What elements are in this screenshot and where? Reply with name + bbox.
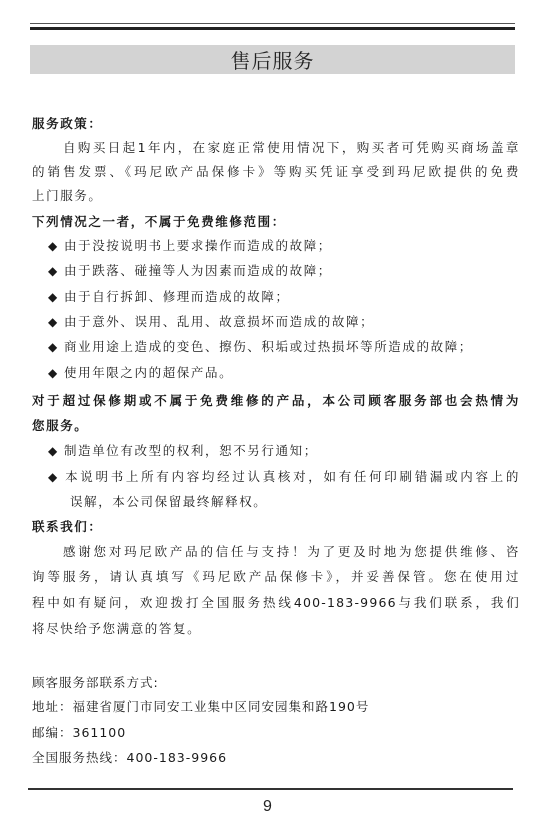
notice-item-text: 本说明书上所有内容均经过认真核对，如有任何印刷错漏或内容上的 bbox=[64, 469, 520, 484]
page-number: 9 bbox=[0, 798, 535, 816]
exclusion-item-text: 由于跌落、碰撞等人为因素而造成的故障； bbox=[64, 263, 332, 278]
policy-paragraph-line-2: 的销售发票、《玛尼欧产品保修卡》等购买凭证享受到玛尼欧提供的免费 bbox=[32, 164, 520, 180]
exclusion-item: ◆由于意外、误用、乱用、故意损坏而造成的故障； bbox=[48, 314, 535, 330]
exclusion-item: ◆由于跌落、碰撞等人为因素而造成的故障； bbox=[48, 263, 535, 279]
contact-paragraph-line-3: 程中如有疑问，欢迎拨打全国服务热线400-183-9966与我们联系，我们 bbox=[32, 595, 520, 611]
exclusion-item: ◆由于没按说明书上要求操作而造成的故障； bbox=[48, 238, 535, 254]
exclusion-item: ◆使用年限之内的超保产品。 bbox=[48, 365, 535, 381]
exclusion-item-text: 由于自行拆卸、修理而造成的故障； bbox=[64, 289, 290, 304]
policy-paragraph-line-3: 上门服务。 bbox=[32, 188, 520, 204]
diamond-bullet-icon: ◆ bbox=[48, 238, 64, 254]
exclusion-item-text: 使用年限之内的超保产品。 bbox=[64, 365, 233, 380]
diamond-bullet-icon: ◆ bbox=[48, 443, 64, 459]
contact-heading: 联系我们： bbox=[32, 519, 520, 535]
contact-paragraph-line-2: 询等服务，请认真填写《玛尼欧产品保修卡》，并妥善保管。您在使用过 bbox=[32, 569, 520, 585]
diamond-bullet-icon: ◆ bbox=[48, 339, 64, 355]
contact-postcode: 邮编：361100 bbox=[32, 725, 520, 741]
section-title-bar: 售后服务 bbox=[30, 45, 515, 74]
diamond-bullet-icon: ◆ bbox=[48, 469, 64, 485]
contact-paragraph-line-1: 感谢您对玛尼欧产品的信任与支持！为了更及时地为您提供维修、咨 bbox=[63, 544, 520, 560]
footer-rule bbox=[28, 788, 513, 790]
header-rule-thick bbox=[30, 27, 515, 30]
exclusions-heading: 下列情况之一者，不属于免费维修范围： bbox=[32, 214, 520, 230]
contact-paragraph-line-4: 将尽快给予您满意的答复。 bbox=[32, 621, 520, 637]
diamond-bullet-icon: ◆ bbox=[48, 289, 64, 305]
diamond-bullet-icon: ◆ bbox=[48, 314, 64, 330]
exclusion-item-text: 由于没按说明书上要求操作而造成的故障； bbox=[64, 238, 332, 253]
out-of-warranty-heading-line-2: 您服务。 bbox=[32, 418, 520, 434]
exclusion-item-text: 商业用途上造成的变色、擦伤、积垢或过热损坏等所造成的故障； bbox=[64, 339, 473, 354]
notice-item: ◆制造单位有改型的权利，恕不另行通知； bbox=[48, 443, 535, 459]
contact-hotline: 全国服务热线：400-183-9966 bbox=[32, 750, 520, 766]
diamond-bullet-icon: ◆ bbox=[48, 263, 64, 279]
header-rule-thin bbox=[30, 23, 515, 24]
contact-details-heading: 顾客服务部联系方式: bbox=[32, 675, 520, 691]
policy-paragraph-line-1: 自购买日起1年内，在家庭正常使用情况下，购买者可凭购买商场盖章 bbox=[63, 140, 520, 156]
contact-address: 地址：福建省厦门市同安工业集中区同安园集和路190号 bbox=[32, 699, 520, 715]
out-of-warranty-heading-line-1: 对于超过保修期或不属于免费维修的产品，本公司顾客服务部也会热情为 bbox=[32, 393, 520, 409]
diamond-bullet-icon: ◆ bbox=[48, 365, 64, 381]
policy-heading: 服务政策： bbox=[32, 116, 520, 132]
notice-item: ◆本说明书上所有内容均经过认真核对，如有任何印刷错漏或内容上的 bbox=[48, 469, 520, 485]
page-title: 售后服务 bbox=[231, 45, 315, 74]
exclusion-item: ◆由于自行拆卸、修理而造成的故障； bbox=[48, 289, 535, 305]
exclusion-item: ◆商业用途上造成的变色、擦伤、积垢或过热损坏等所造成的故障； bbox=[48, 339, 535, 355]
notice-item-text: 制造单位有改型的权利，恕不另行通知； bbox=[64, 443, 318, 458]
exclusion-item-text: 由于意外、误用、乱用、故意损坏而造成的故障； bbox=[64, 314, 374, 329]
notice-item-continuation: 误解，本公司保留最终解释权。 bbox=[70, 494, 535, 510]
